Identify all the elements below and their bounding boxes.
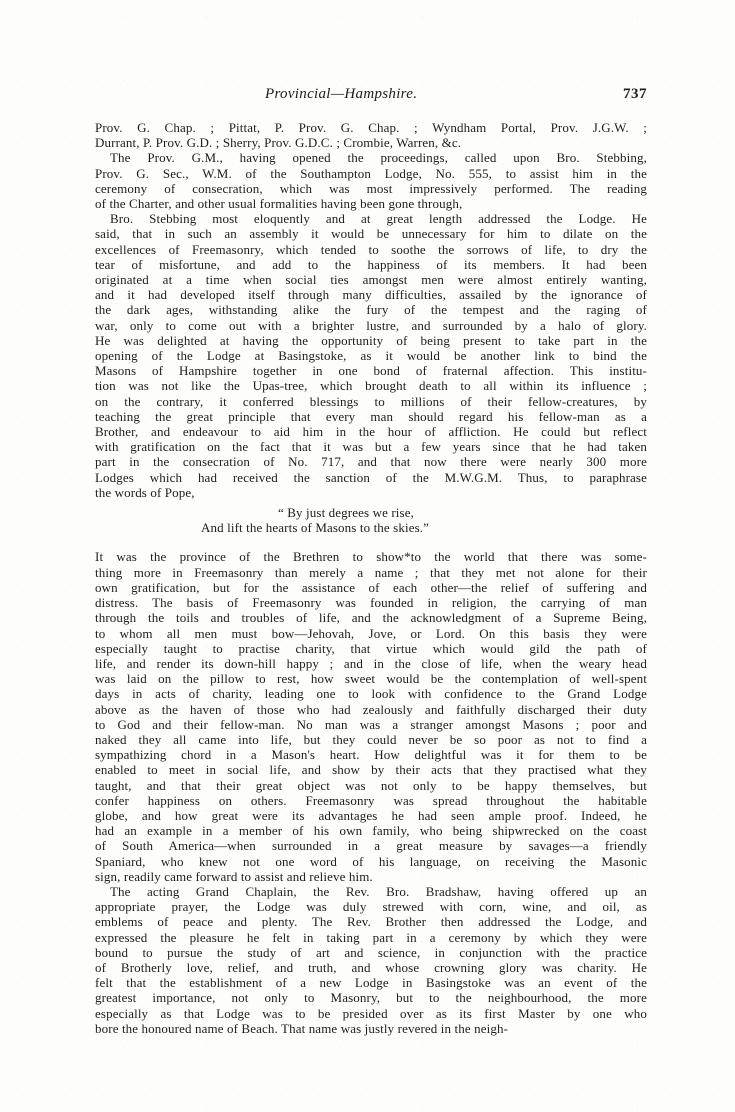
paragraph-stebbing-address: Bro. Stebbing most eloquently and at gre…: [95, 211, 647, 500]
text-line: teaching the great principle that every …: [95, 409, 647, 424]
text-line: appropriate prayer, the Lodge was duly s…: [95, 899, 647, 914]
text-line: confer happiness on others. Freemasonry …: [95, 793, 647, 808]
text-line: war, only to come out with a brighter lu…: [95, 318, 647, 333]
text-line: part in the consecration of No. 717, and…: [95, 454, 647, 469]
text-line: of South America—when surrounded in a gr…: [95, 838, 647, 853]
text-line: and it had developed itself through many…: [95, 287, 647, 302]
text-line: was laid on the pillow to rest, how swee…: [95, 671, 647, 686]
text-line: globe, and how great were its advantages…: [95, 808, 647, 823]
text-line: above as the haven of those who had zeal…: [95, 702, 647, 717]
text-line: Durrant, P. Prov. G.D. ; Sherry, Prov. G…: [95, 135, 647, 150]
text-line: Brother, and endeavour to aid him in the…: [95, 424, 647, 439]
text-line: emblems of peace and plenty. The Rev. Br…: [95, 914, 647, 929]
text-line: greatest importance, not only to Masonry…: [95, 990, 647, 1005]
text-line: The Prov. G.M., having opened the procee…: [95, 150, 647, 165]
text-line: with gratification on the fact that it w…: [95, 439, 647, 454]
text-line: to whom all men must bow—Jehovah, Jove, …: [95, 626, 647, 641]
paragraph-province-of-brethren: It was the province of the Brethren to s…: [95, 549, 647, 883]
text-line: had an example in a member of his own fa…: [95, 823, 647, 838]
text-line: of the Charter, and other usual formalit…: [95, 196, 647, 211]
text-line: He was delighted at having the opportuni…: [95, 333, 647, 348]
text-line: bore the honoured name of Beach. That na…: [95, 1021, 647, 1036]
text-line: said, that in such an assembly it would …: [95, 226, 647, 241]
text-line: Masons of Hampshire together in one bond…: [95, 363, 647, 378]
text-line: bound to pursue the study of art and sci…: [95, 945, 647, 960]
text-line: life, and render its down-hill happy ; a…: [95, 656, 647, 671]
text-line: ceremony of consecration, which was most…: [95, 181, 647, 196]
text-line: of Brotherly love, relief, and truth, an…: [95, 960, 647, 975]
text-line: naked they all came into life, but they …: [95, 732, 647, 747]
text-line: enabled to meet in social life, and show…: [95, 762, 647, 777]
running-head: Provincial—Hampshire. 737: [95, 86, 647, 103]
text-line: to God and their fellow-man. No man was …: [95, 717, 647, 732]
scanned-document-page: Provincial—Hampshire. 737 Prov. G. Chap.…: [0, 0, 735, 1112]
text-line: And lift the hearts of Masons to the ski…: [95, 520, 647, 535]
text-line: The acting Grand Chaplain, the Rev. Bro.…: [95, 884, 647, 899]
text-line: through the toils and troubles of life, …: [95, 610, 647, 625]
text-line: Lodges which had received the sanction o…: [95, 470, 647, 485]
text-line: tion was not like the Upas-tree, which b…: [95, 378, 647, 393]
pope-verse-quote: “ By just degrees we rise,And lift the h…: [95, 505, 647, 535]
paragraph-opening-proceedings: The Prov. G.M., having opened the procee…: [95, 150, 647, 211]
text-line: originated at a time when social ties am…: [95, 272, 647, 287]
text-line: sign, readily came forward to assist and…: [95, 869, 647, 884]
page-number: 737: [623, 86, 647, 103]
text-line: taught, and that their great object was …: [95, 778, 647, 793]
text-line: “ By just degrees we rise,: [95, 505, 647, 520]
text-line: days in acts of charity, leading one to …: [95, 686, 647, 701]
text-line: Bro. Stebbing most eloquently and at gre…: [95, 211, 647, 226]
text-line: sympathizing chord in a Mason's heart. H…: [95, 747, 647, 762]
text-line: expressed the pleasure he felt in taking…: [95, 930, 647, 945]
text-line: felt that the establishment of a new Lod…: [95, 975, 647, 990]
page-title: Provincial—Hampshire.: [265, 86, 417, 103]
page-text-block: Provincial—Hampshire. 737 Prov. G. Chap.…: [95, 86, 647, 1036]
text-line: especially taught to practise charity, t…: [95, 641, 647, 656]
text-line: Prov. G. Sec., W.M. of the Southampton L…: [95, 166, 647, 181]
text-line: Prov. G. Chap. ; Pittat, P. Prov. G. Cha…: [95, 120, 647, 135]
text-line: excellences of Freemasonry, which tended…: [95, 242, 647, 257]
text-line: distress. The basis of Freemasonry was f…: [95, 595, 647, 610]
text-line: the words of Pope,: [95, 485, 647, 500]
text-line: Spaniard, who knew not one word of his l…: [95, 854, 647, 869]
text-line: It was the province of the Brethren to s…: [95, 549, 647, 564]
page-body: Prov. G. Chap. ; Pittat, P. Prov. G. Cha…: [95, 120, 647, 1036]
text-line: thing more in Freemasonry than merely a …: [95, 565, 647, 580]
text-line: on the contrary, it conferred blessings …: [95, 394, 647, 409]
text-line: the dark ages, withstanding alike the fu…: [95, 302, 647, 317]
text-line: opening of the Lodge at Basingstoke, as …: [95, 348, 647, 363]
paragraph-grand-chaplain: The acting Grand Chaplain, the Rev. Bro.…: [95, 884, 647, 1036]
text-line: tear of misfortune, and add to the happi…: [95, 257, 647, 272]
text-line: especially as that Lodge was to be presi…: [95, 1006, 647, 1021]
paragraph-officer-list: Prov. G. Chap. ; Pittat, P. Prov. G. Cha…: [95, 120, 647, 150]
text-line: own gratification, but for the assistanc…: [95, 580, 647, 595]
